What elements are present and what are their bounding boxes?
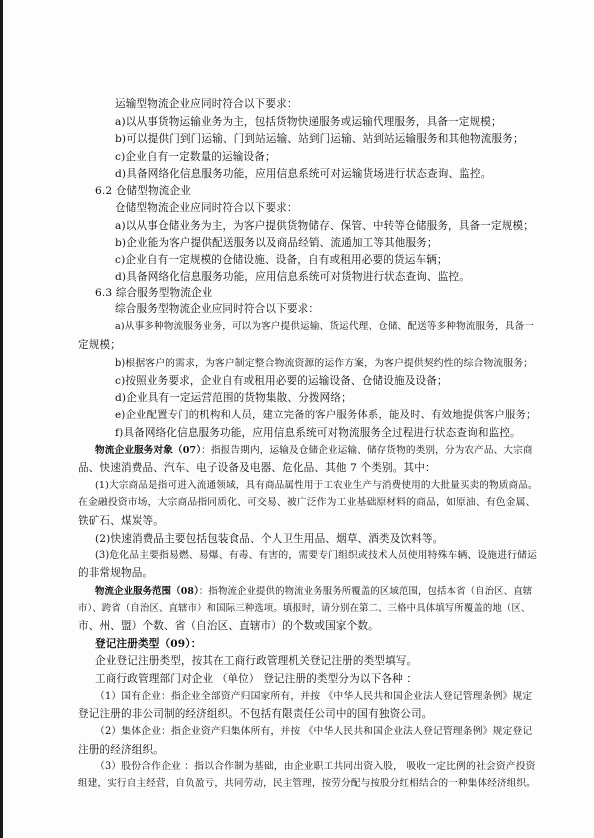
transport-item-d: d)具备网络化信息服务功能，应用信息系统可对运输货场进行状态查询、监控。 [115, 167, 492, 181]
registration-type-term: 登记注册类型（09）： [95, 637, 201, 651]
service-object-term: 物流企业服务对象（07） [95, 445, 201, 456]
service-scope-line2: 市）、跨省（自治区、直辖市）和国际三种选项。填报时，请分别在第二、三格中具体填写… [78, 602, 531, 616]
registration-p1: 企业登记注册类型，按其在工商行政管理机关登记注册的类型填写。 [95, 654, 417, 668]
hazmat-line2: 的非常规物品。 [78, 566, 153, 580]
scanned-page: 运输型物流企业应同时符合以下要求： a)以从事货物运输业务为主，包括货物快递服务… [0, 0, 594, 838]
section-6-3-item-b: b)根据客户的需求，为客户制定整合物流资源的运作方案，为客户提供契约性的综合物流… [115, 357, 533, 371]
transport-item-b: b)可以提供门到门运输、门到站运输、站到门运输、站到站运输服务和其他物流服务； [115, 132, 524, 146]
fmcg-line: (2)快速消费品主要包括包装食品、个人卫生用品、烟草、酒类及饮料等。 [95, 532, 444, 546]
service-scope-term: 物流企业服务范围（08） [95, 586, 199, 597]
section-6-2-heading: 6.2 仓储型物流企业 [95, 184, 191, 198]
section-6-2-intro: 仓储型物流企业应同时符合以下要求： [115, 201, 298, 215]
section-6-2-item-a: a)以从事仓储业务为主，为客户提供货物储存、保管、中转等仓储服务，具备一定规模； [115, 219, 534, 233]
transport-item-c: c)企业自有一定数量的运输设备； [115, 150, 276, 164]
collective-line2: 注册的经济组织。 [78, 743, 164, 757]
state-owned-line1: （1）国有企业：指企业全部资产归国家所有，并按 《中华人民共和国企业法人登记管理… [95, 690, 532, 704]
section-6-3-item-e: e)企业配置专门的机构和人员，建立完备的客户服务体系，能及时、有效地提供客户服务… [115, 408, 537, 422]
transport-intro: 运输型物流企业应同时符合以下要求： [115, 97, 298, 111]
section-6-3-intro: 综合服务型物流企业应同时符合以下要求： [115, 302, 319, 316]
section-6-3-item-a-line1: a)从事多种物流服务业务，可以为客户提供运输、货运代理、仓储、配送等多种物流服务… [115, 320, 534, 334]
transport-item-a: a)以从事货物运输业务为主，包括货物快递服务或运输代理服务，具备一定规模； [115, 115, 502, 129]
joint-stock-coop-line2: 组建，实行自主经营，自负盈亏，共同劳动，民主管理，按劳分配与按股分红相结合的一种… [78, 777, 536, 791]
registration-p2: 工商行政管理部门对企业 （单位） 登记注册的类型分为以下各种 ： [95, 672, 417, 686]
section-6-3-item-c: c)按照业务要求，企业自有或租用必要的运输设备、仓储设施及设备； [115, 374, 448, 388]
service-scope-line1: 物流企业服务范围（08）：指物流企业提供的物流业务服务所覆盖的区域范围，包括本省… [95, 585, 532, 599]
service-object-line2: 品、快速消费品、汽车、电子设备及电器、危化品、其他 7 个类别。其中： [78, 461, 436, 475]
section-6-2-item-c: c)企业自有一定规模的仓储设施、设备，自有或租用必要的货运车辆； [115, 253, 448, 267]
collective-line1: （2）集体企业：指企业资产归集体所有，并按 《中华人民共和国企业法人登记管理条例… [95, 725, 532, 739]
bulk-commodity-line3: 铁矿石、煤炭等。 [78, 514, 164, 528]
state-owned-line2: 登记注册的非公司制的经济组织。不包括有限责任公司中的国有独资公司。 [78, 707, 433, 721]
section-6-3-heading: 6.3 综合服务型物流企业 [95, 286, 213, 300]
section-6-3-item-d: d)企业具有一定运营范围的货物集散、分拨网络； [115, 391, 352, 405]
section-6-2-item-b: b)企业能为客户提供配送服务以及商品经销、流通加工等其他服务； [115, 236, 438, 250]
section-6-2-item-d: d)具备网络化信息服务功能，应用信息系统可对货物进行状态查询、监控。 [115, 270, 470, 284]
section-6-3-item-f: f)具备网络化信息服务功能，应用信息系统可对物流服务全过程进行状态查询和监控。 [115, 426, 521, 440]
section-6-3-item-a-line2: 定规模； [78, 338, 121, 352]
service-object-definition: ：指报告期内，运输及仓储企业运输、储存货物的类别，分为农产品、大宗商 [201, 445, 532, 456]
service-object-line1: 物流企业服务对象（07）：指报告期内，运输及仓储企业运输、储存货物的类别，分为农… [95, 444, 533, 458]
bulk-commodity-line1: (1)大宗商品是指可进入流通领域，具有商品属性用于工农业生产与消费使用的大批量买… [95, 479, 538, 493]
joint-stock-coop-line1: （3）股份合作企业 ：指以合作制为基础，由企业职工共同出资入股， 吸收一定比例的… [95, 760, 536, 774]
service-scope-definition: ：指物流企业提供的物流业务服务所覆盖的区域范围，包括本省（自治区、直辖 [199, 586, 532, 597]
scan-shadow-edge [0, 0, 3, 838]
bulk-commodity-line2: 在金融投资市场，大宗商品指同质化、可交易、被广泛作为工业基础原材料的商品，如原油… [78, 496, 536, 510]
hazmat-line1: (3)危化品主要指易燃、易爆、有毒、有害的，需要专门组织或技术人员使用特殊车辆、… [95, 549, 537, 563]
service-scope-line3: 市、州、盟）个数、省（自治区、直辖市）的个数或国家个数。 [78, 619, 379, 633]
